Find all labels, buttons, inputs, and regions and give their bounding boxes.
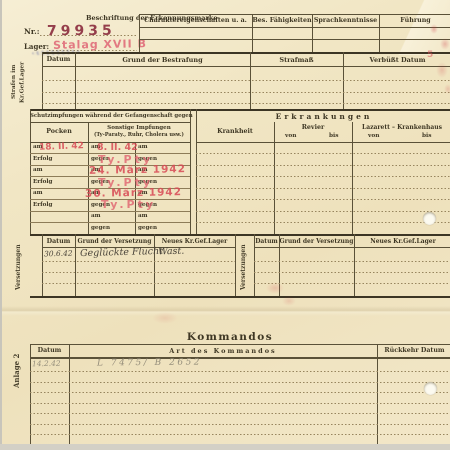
scan-edge [0,0,2,450]
impf-row-label: am [33,167,43,173]
revier-von-label: von [285,133,296,139]
strafen-col-grund: Grund der Bestrafung [75,56,250,64]
hole-punch [424,382,437,395]
impf-row-label: gegen [91,156,110,162]
rule [274,122,275,234]
rule [30,403,450,404]
fold-crease [2,306,450,316]
rule [196,222,450,223]
ink-smudge [436,62,448,78]
revier-bis-label: bis [329,133,339,139]
rule [30,153,190,154]
erkrankungen-col-krankheit: Krankheit [196,128,274,135]
rule [42,92,450,93]
nr-label: Nr.: [24,27,40,36]
rule [139,27,450,28]
scanned-pow-record-card: Beschriftung der Erkennungsmarke Nr.: 79… [0,0,450,450]
rule [30,122,190,123]
rule [30,188,190,189]
rule [139,39,450,40]
rule [196,199,450,200]
rule [196,153,450,154]
rule [30,234,450,236]
impf-row-label: gegen [91,202,110,208]
rule [196,142,450,143]
impf-row-label: gegen [138,225,157,231]
rule [30,109,450,111]
impf-row-label: am [138,167,148,173]
lazarett-bis-label: bis [422,133,432,139]
rule [254,283,450,284]
rule [352,122,353,234]
rule [42,272,235,273]
rule [30,371,450,372]
rule [190,109,191,234]
kommandos-title: Kommandos [130,331,330,343]
rule [42,103,450,104]
col-header-abilities: Bes. Fähigkeiten [252,17,312,24]
card-paper: Beschriftung der Erkennungsmarke Nr.: 79… [2,0,450,444]
rule [377,344,378,444]
impf-row-label: am [91,213,101,219]
versetz-col-datum: Datum [254,238,279,245]
strafen-col-verbuesst: Verbüßt Datum [343,56,450,64]
anlage-side-label: Anlage 2 [12,348,23,394]
rule [30,344,450,345]
impf-row-label: am [33,190,43,196]
prisoner-number-stamp: 79935 [47,23,116,40]
versetz-col-neues: Neues Kr.Gef.Lager [154,238,235,245]
versetzungen-side-label-right: Versetzungen [239,240,248,294]
rule [30,222,190,223]
col-header-conduct: Führung [379,17,450,24]
impf-row-label: am [33,144,43,150]
erkrankungen-col-lazarett: Lazarett – Krankenhaus [352,124,450,131]
transfer-newcamp-entry: Wast. [158,246,185,258]
strafen-side-label: Strafen im Kr.Gef.Lager [10,56,27,108]
rule [30,357,450,359]
rule [30,434,450,435]
rule [196,176,450,177]
impf-row-label: gegen [91,225,110,231]
scan-edge [0,444,450,450]
col-header-language: Sprachkenntnisse [312,17,379,24]
versetz-col-datum: Datum [42,238,75,245]
rule [254,261,450,262]
rule [88,122,89,234]
impf-row-label: Erfolg [33,156,52,162]
versetzungen-side-label-left: Versetzungen [14,240,23,294]
impf-row-label: Erfolg [33,179,52,185]
rule [30,424,450,425]
impf-row-label: gegen [138,202,157,208]
strafen-col-datum: Datum [42,56,75,63]
strafen-col-strafmass: Strafmaß [250,56,343,64]
impf-row-label: am [138,213,148,219]
rule [42,261,235,262]
lazarett-von-label: von [368,133,379,139]
impf-row-label: gegen [138,156,157,162]
rule [42,80,450,81]
impf-row-label: am [91,167,101,173]
impfungen-col-sonstige-detail: (Ty-Paraty., Ruhr, Cholera usw.) [88,132,190,138]
kommando-date-entry: 14.2.42 [32,359,61,368]
rule [40,35,136,36]
rule [196,211,450,212]
impf-row-label: am [91,190,101,196]
hole-punch [423,212,436,225]
impfungen-title: Schutzimpfungen während der Gefangenscha… [30,113,190,119]
kommandos-col-datum: Datum [30,347,69,354]
col-header-character: Charaktereigenschaften u. a. [139,17,252,24]
transfer-reason-entry: Geglückte Flucht [80,246,163,259]
impf-row-label: am [138,190,148,196]
rule [30,165,190,166]
impf-row-label: Erfolg [33,202,52,208]
kommandos-col-rueckkehr: Rückkehr Datum [377,347,450,354]
erkrankungen-col-revier: Revier [274,124,352,131]
impfungen-col-sonstige: Sonstige Impfungen [88,125,190,131]
impf-row-label: gegen [138,179,157,185]
rule [235,234,236,296]
erkrankungen-title: Erkrankungen [196,112,450,121]
rule [30,382,450,383]
impf-row-label: am [138,144,148,150]
rule [196,188,450,189]
rule [139,14,450,15]
rule [69,344,70,444]
rule [30,176,190,177]
rule [254,247,450,248]
rule [254,272,450,273]
impfungen-col-pocken: Pocken [30,128,88,135]
rule [30,199,190,200]
rule [42,283,235,284]
versetz-col-grund: Grund der Versetzung [75,238,154,245]
versetz-col-neues: Neues Kr.Gef.Lager [354,238,450,245]
kommandos-col-art: Art des Kommandos [69,347,377,355]
rule [30,296,450,298]
rule [30,413,450,414]
versetz-col-grund: Grund der Versetzung [279,238,354,245]
rule [30,142,190,143]
transfer-date-entry: 30.6.42 [44,249,73,259]
impf-row-label: gegen [91,179,110,185]
rule [42,52,450,54]
rule [30,392,450,393]
rule [30,344,31,444]
kommando-type-entry: L 7475/ B 2652 [97,358,202,369]
rule [30,211,190,212]
impf-row-label: am [91,144,101,150]
rule [42,66,450,67]
vaccination-date-stamp: 8. II. 42 [97,142,138,153]
rule [196,165,450,166]
